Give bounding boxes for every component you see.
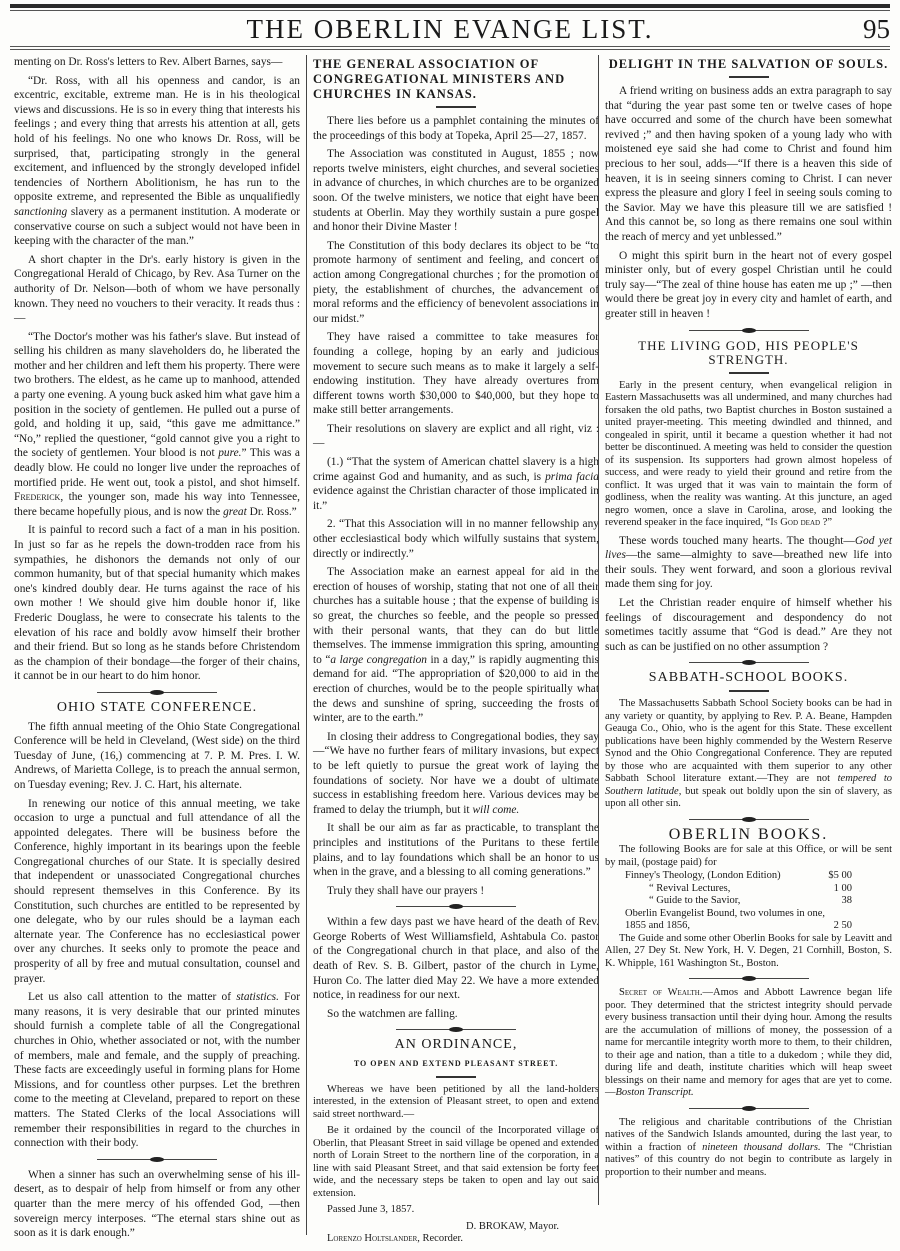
ross-chapter: A short chapter in the Dr's. early histo… bbox=[14, 253, 300, 326]
living-god-heading: THE LIVING GOD, HIS PEOPLE'S STRENGTH. bbox=[605, 339, 892, 368]
ordinance-body: Be it ordained by the council of the Inc… bbox=[313, 1125, 599, 1200]
resolution-2: 2. “That this Association will in no man… bbox=[313, 517, 599, 561]
kansas-association-heading: THE GENERAL ASSOCIATION OF CONGREGATIONA… bbox=[313, 57, 599, 102]
section-divider bbox=[689, 819, 809, 820]
heading-rule bbox=[436, 1076, 476, 1078]
kansas-paragraph-11: Truly they shall have our prayers ! bbox=[313, 884, 599, 899]
page-number: 95 bbox=[863, 14, 890, 45]
book-item: “ Guide to the Savior,38 bbox=[605, 895, 892, 908]
ross-story: “The Doctor's mother was his father's sl… bbox=[14, 330, 300, 520]
watchmen-line: So the watchmen are falling. bbox=[313, 1007, 599, 1022]
books-intro: The following Books are for sale at this… bbox=[605, 844, 892, 869]
masthead-bottom-rule bbox=[10, 44, 890, 50]
kansas-paragraph-10: It shall be our aim as far as practicabl… bbox=[313, 821, 599, 879]
ordinance-recorder: Lorenzo Holtslander, Recorder. bbox=[313, 1233, 599, 1246]
living-paragraph-1: Early in the present century, when evang… bbox=[605, 380, 892, 530]
ordinance-mayor: D. BROKAW, Mayor. bbox=[313, 1221, 599, 1234]
section-divider bbox=[396, 906, 516, 907]
sabbath-heading: SABBATH-SCHOOL BOOKS. bbox=[605, 671, 892, 686]
masthead-top-rule bbox=[10, 4, 890, 11]
book-item: 1855 and 1856,2 50 bbox=[605, 920, 892, 933]
delight-paragraph-1: A friend writing on business adds an ext… bbox=[605, 84, 892, 245]
section-divider bbox=[396, 1029, 516, 1030]
ordinance-whereas: Whereas we have been petitioned by all t… bbox=[313, 1084, 599, 1122]
ohio-paragraph-2: In renewing our notice of this annual me… bbox=[14, 797, 300, 987]
kansas-paragraph-1: There lies before us a pamphlet containi… bbox=[313, 114, 599, 143]
death-notice: Within a few days past we have heard of … bbox=[313, 915, 599, 1003]
section-divider bbox=[689, 1108, 809, 1109]
ohio-paragraph-3: Let us also call attention to the matter… bbox=[14, 990, 300, 1151]
heading-rule bbox=[436, 106, 476, 108]
ohio-conference-heading: OHIO STATE CONFERENCE. bbox=[14, 701, 300, 716]
heading-rule bbox=[729, 372, 769, 374]
sinner-paragraph: When a sinner has such an overwhelming s… bbox=[14, 1168, 300, 1241]
column-2: THE GENERAL ASSOCIATION OF CONGREGATIONA… bbox=[306, 55, 599, 1235]
column-3: DELIGHT IN THE SALVATION OF SOULS. A fri… bbox=[598, 55, 892, 1205]
book-item: “ Revival Lectures,1 00 bbox=[605, 883, 892, 896]
section-divider bbox=[689, 662, 809, 663]
ordinance-subheading: TO OPEN AND EXTEND PLEASANT STREET. bbox=[313, 1057, 599, 1072]
books-outro: The Guide and some other Oberlin Books f… bbox=[605, 933, 892, 971]
book-item: Oberlin Evangelist Bound, two volumes in… bbox=[605, 908, 892, 921]
section-divider bbox=[689, 330, 809, 331]
delight-paragraph-2: O might this spirit burn in the heart no… bbox=[605, 249, 892, 322]
wealth-paragraph: Secret of Wealth.—Amos and Abbott Lawren… bbox=[605, 987, 892, 1100]
heading-rule bbox=[729, 690, 769, 692]
sabbath-paragraph: The Massachusetts Sabbath School Society… bbox=[605, 698, 892, 811]
oberlin-books-heading: OBERLIN BOOKS. bbox=[605, 828, 892, 843]
ordinance-heading: AN ORDINANCE, bbox=[313, 1038, 599, 1053]
resolution-1: (1.) “That the system of American chatte… bbox=[313, 455, 599, 513]
kansas-paragraph-3: The Constitution of this body declares i… bbox=[313, 239, 599, 327]
living-paragraph-3: Let the Christian reader enquire of hims… bbox=[605, 596, 892, 654]
ordinance-passed: Passed June 3, 1857. bbox=[313, 1204, 599, 1217]
kansas-paragraph-4: They have raised a committee to take mea… bbox=[313, 330, 599, 418]
books-list: The following Books are for sale at this… bbox=[605, 844, 892, 970]
ross-commentary: It is painful to record such a fact of a… bbox=[14, 523, 300, 684]
masthead: THE OBERLIN EVANGE LIST. 95 bbox=[0, 14, 900, 44]
book-item: Finney's Theology, (London Edition)$5 00 bbox=[605, 870, 892, 883]
heading-rule bbox=[729, 76, 769, 78]
sandwich-paragraph: The religious and charitable contributio… bbox=[605, 1117, 892, 1180]
newspaper-title: THE OBERLIN EVANGE LIST. bbox=[0, 14, 900, 45]
ohio-paragraph-1: The fifth annual meeting of the Ohio Sta… bbox=[14, 720, 300, 793]
delight-heading: DELIGHT IN THE SALVATION OF SOULS. bbox=[605, 57, 892, 72]
kansas-paragraph-5: Their resolutions on slavery are explict… bbox=[313, 422, 599, 451]
column-1: menting on Dr. Ross's letters to Rev. Al… bbox=[14, 55, 300, 1245]
section-divider bbox=[97, 1159, 217, 1160]
section-divider bbox=[97, 692, 217, 693]
kansas-paragraph-8: The Association make an earnest appeal f… bbox=[313, 565, 599, 726]
ross-quote: “Dr. Ross, with all his openness and can… bbox=[14, 74, 300, 249]
section-divider bbox=[689, 978, 809, 979]
living-paragraph-2: These words touched many hearts. The tho… bbox=[605, 534, 892, 592]
ross-intro: menting on Dr. Ross's letters to Rev. Al… bbox=[14, 55, 300, 70]
kansas-paragraph-2: The Association was constituted in Augus… bbox=[313, 147, 599, 235]
kansas-paragraph-9: In closing their address to Congregation… bbox=[313, 730, 599, 818]
